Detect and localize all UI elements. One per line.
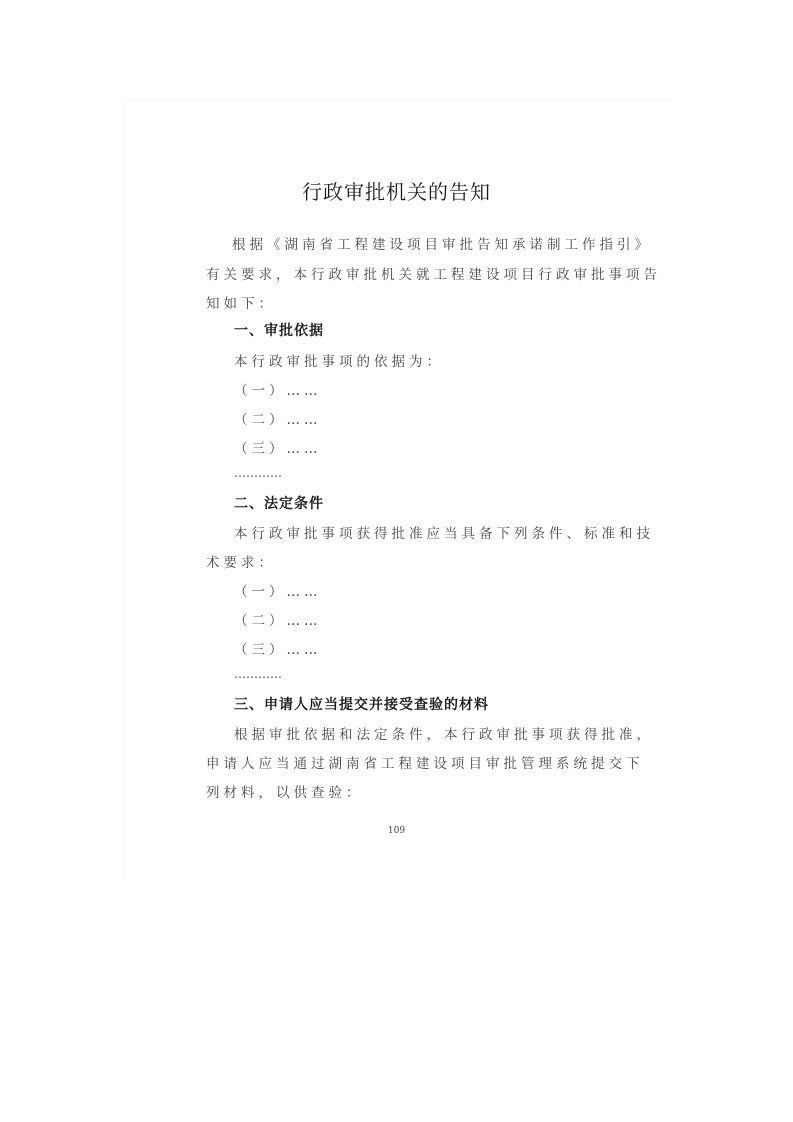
basis-ellipsis: ………… [234,466,282,480]
basis-item-2: （二）…… [234,408,322,428]
intro-line-2: 有关要求，本行政审批机关就工程建设项目行政审批事项告 [206,263,661,283]
intro-line-1: 根据《湖南省工程建设项目审批告知承诺制工作指引》 [232,233,652,253]
conditions-item-3: （三）…… [234,638,322,658]
section-heading-basis: 一、审批依据 [234,320,324,340]
section-body-conditions-1: 本行政审批事项获得批准应当具备下列条件、标准和技 [234,522,654,542]
section-body-basis: 本行政审批事项的依据为： [234,350,444,370]
section-heading-conditions: 二、法定条件 [234,493,324,513]
conditions-ellipsis: ………… [234,667,282,681]
conditions-item-1: （一）…… [234,580,322,600]
document-title: 行政审批机关的告知 [0,176,793,205]
section-heading-materials: 三、申请人应当提交并接受查验的材料 [234,694,489,714]
section-body-materials-3: 列材料，以供查验： [206,781,364,801]
section-body-conditions-2: 术要求： [206,551,276,571]
conditions-item-2: （二）…… [234,609,322,629]
basis-item-3: （三）…… [234,437,322,457]
intro-line-3: 知如下： [206,292,276,312]
basis-item-1: （一）…… [234,379,322,399]
page-number: 109 [0,826,793,836]
section-body-materials-1: 根据审批依据和法定条件，本行政审批事项获得批准， [234,723,654,743]
section-body-materials-2: 申请人应当通过湖南省工程建设项目审批管理系统提交下 [206,752,644,772]
